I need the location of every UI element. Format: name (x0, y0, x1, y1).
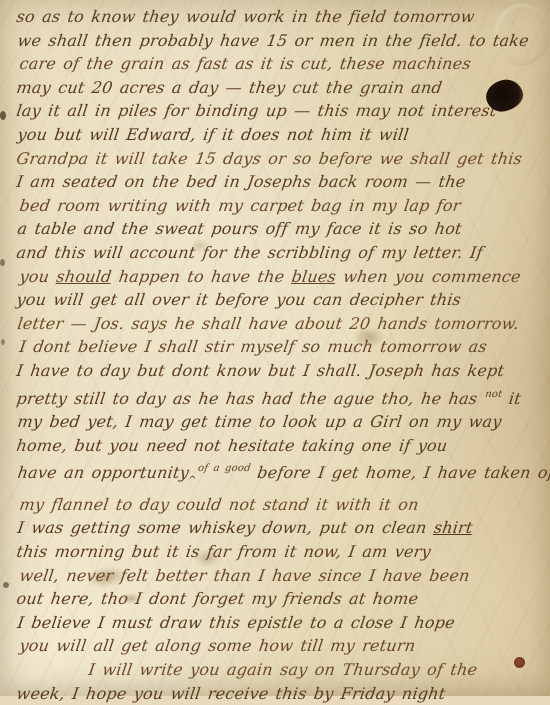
letter-line-segment: you will all get along some how till my … (18, 636, 416, 655)
letter-line-segment: this morning but it is far from it now, … (15, 542, 432, 561)
letter-line-segment: happen to have the (110, 267, 293, 286)
letter-page: so as to know they would work in the fie… (0, 0, 550, 696)
letter-line-segment: it (500, 389, 522, 408)
letter-line: pretty still to day as he has had the ag… (15, 383, 543, 411)
letter-line: you but will Edward, if it does not him … (15, 123, 542, 147)
letter-line: I am seated on the bed in Josephs back r… (15, 170, 542, 194)
letter-line: Grandpa it will take 15 days or so befor… (15, 147, 542, 171)
letter-line: I have to day but dont know but I shall.… (15, 359, 542, 383)
letter-line: well, never felt better than I have sinc… (15, 564, 542, 588)
letter-line: I was getting some whiskey down, put on … (15, 516, 542, 540)
letter-line-segment: my flannel to day could not stand it wit… (18, 495, 420, 514)
letter-line-segment: my bed yet, I may get time to look up a … (16, 412, 503, 431)
letter-line: home, but you need not hesitate taking o… (15, 434, 542, 458)
edge-speck (0, 111, 6, 120)
letter-line-segment: you but will Edward, if it does not him … (16, 125, 410, 144)
letter-line: I dont believe I shall stir myself so mu… (15, 335, 542, 359)
letter-line: out here, tho I dont forget my friends a… (15, 587, 542, 611)
letter-line-segment: lay it all in piles for binding up — thi… (15, 101, 497, 120)
letter-line-segment: you will get all over it before you can … (15, 290, 462, 309)
letter-line-segment: I am seated on the bed in Josephs back r… (15, 172, 467, 191)
letter-line-segment: I dont believe I shall stir myself so mu… (18, 337, 488, 356)
letter-line-segment: when you commence (335, 267, 522, 286)
letter-line-segment: I believe I must draw this epistle to a … (16, 613, 456, 632)
letter-line: week, I hope you will receive this by Fr… (15, 682, 542, 696)
letter-body: so as to know they would work in the fie… (15, 5, 539, 696)
ink-dot (514, 657, 525, 668)
letter-line-segment: letter — Jos. says he shall have about 2… (16, 314, 520, 333)
letter-line: I believe I must draw this epistle to a … (15, 611, 542, 635)
letter-line: bed room writing with my carpet bag in m… (15, 194, 542, 218)
letter-line-segment: I was getting some whiskey down, put on … (16, 518, 435, 537)
letter-line: have an opportunity^of a good before I g… (15, 457, 544, 493)
letter-line-segment: I have to day but dont know but I shall.… (15, 361, 505, 380)
letter-line-segment: home, but you need not hesitate taking o… (15, 436, 448, 455)
letter-line-segment: shirt (433, 518, 474, 537)
letter-line-segment: blues (290, 267, 337, 286)
letter-line-segment: week, I hope you will receive this by Fr… (15, 684, 446, 696)
letter-line-segment: a table and the sweat pours off my face … (16, 219, 463, 238)
letter-line-segment: should (55, 267, 113, 286)
letter-line: may cut 20 acres a day — they cut the gr… (15, 76, 542, 100)
letter-line-segment: Grandpa it will take 15 days or so befor… (15, 149, 523, 168)
letter-line-segment: you (18, 267, 58, 286)
edge-speck (3, 582, 9, 588)
letter-line: my flannel to day could not stand it wit… (15, 493, 542, 517)
letter-line-segment: care of the grain as fast as it is cut, … (18, 54, 472, 73)
letter-line-segment: have an opportunity (16, 463, 190, 482)
edge-speck (0, 259, 5, 266)
letter-line-segment: of a good (197, 463, 251, 474)
letter-line: letter — Jos. says he shall have about 2… (15, 312, 542, 336)
letter-line: this morning but it is far from it now, … (15, 540, 542, 564)
letter-line-segment: pretty still to day as he has had the ag… (15, 389, 486, 408)
letter-line: care of the grain as fast as it is cut, … (15, 52, 542, 76)
letter-line: I will write you again say on Thursday o… (15, 658, 542, 682)
letter-line: you will all get along some how till my … (15, 634, 542, 658)
letter-line: a table and the sweat pours off my face … (15, 217, 542, 241)
letter-line-segment: so as to know they would work in the fie… (15, 7, 476, 26)
letter-line-segment: well, never felt better than I have sinc… (18, 566, 471, 585)
letter-line: you should happen to have the blues when… (15, 265, 542, 289)
edge-speck (1, 339, 5, 345)
letter-line: so as to know they would work in the fie… (15, 5, 542, 29)
letter-line-segment: not (484, 389, 503, 400)
letter-line-segment: bed room writing with my carpet bag in m… (18, 196, 462, 215)
letter-line: lay it all in piles for binding up — thi… (15, 99, 542, 123)
letter-line: my bed yet, I may get time to look up a … (15, 410, 542, 434)
letter-line-segment: ^ (187, 475, 197, 486)
letter-line-segment: I will write you again say on Thursday o… (87, 660, 478, 679)
letter-line-segment: out here, tho I dont forget my friends a… (15, 589, 419, 608)
letter-line: you will get all over it before you can … (15, 288, 542, 312)
letter-line-segment: may cut 20 acres a day — they cut the gr… (15, 78, 443, 97)
letter-line-segment: before I get home, I have taken off (249, 463, 550, 482)
letter-line: and this will account for the scribbling… (15, 241, 542, 265)
letter-line-segment: and this will account for the scribbling… (15, 243, 484, 262)
letter-line-segment: we shall then probably have 15 or men in… (16, 31, 530, 50)
letter-line: we shall then probably have 15 or men in… (15, 29, 542, 53)
